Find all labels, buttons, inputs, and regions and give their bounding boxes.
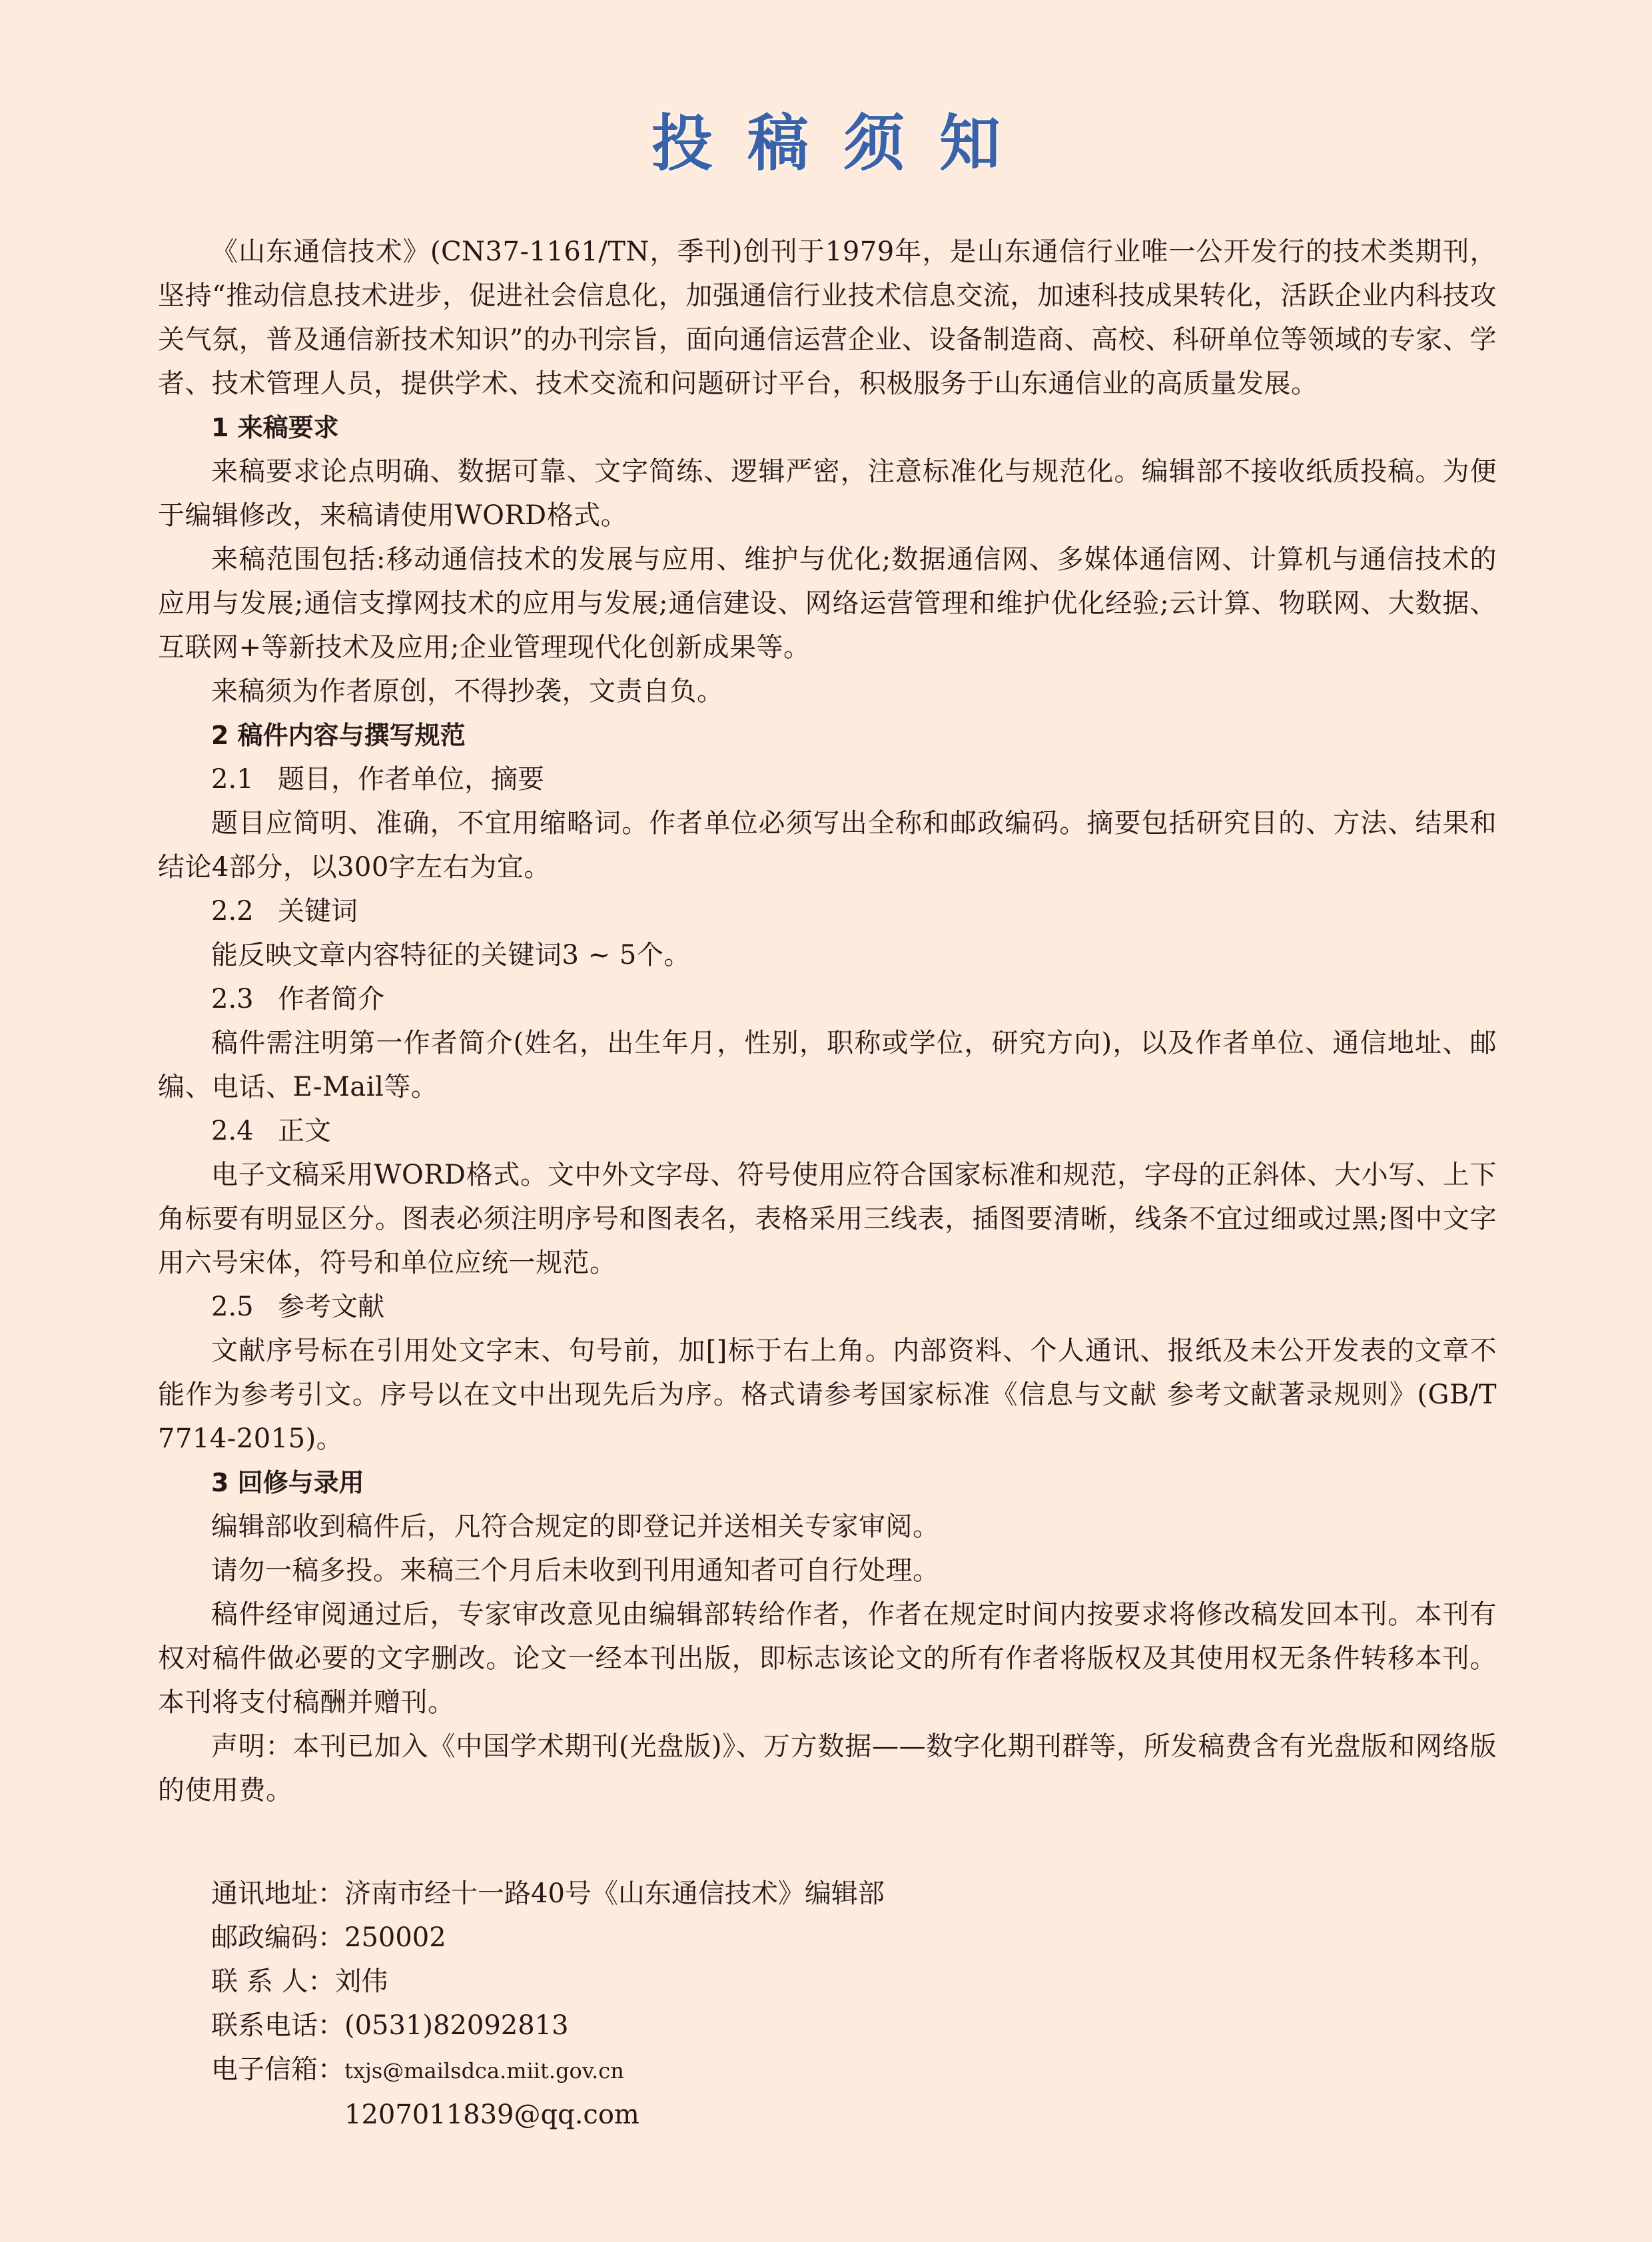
paragraph: 文献序号标在引用处文字末、句号前，加[]标于右上角。内部资料、个人通讯、报纸及未… <box>158 1329 1497 1461</box>
subsection-heading: 2.1题目，作者单位，摘要 <box>158 757 1497 801</box>
email-label: 电子信箱： <box>211 2048 344 2091</box>
subsection-heading: 2.2关键词 <box>158 889 1497 933</box>
phone-value: (0531)82092813 <box>344 2010 569 2041</box>
postcode-value: 250002 <box>344 1922 446 1953</box>
paragraph: 稿件需注明第一作者简介(姓名，出生年月，性别，职称或学位，研究方向)，以及作者单… <box>158 1021 1497 1109</box>
subsection-title: 题目，作者单位，摘要 <box>278 764 544 795</box>
subsection-number: 2.1 <box>211 757 278 801</box>
paragraph: 电子文稿采用WORD格式。文中外文字母、符号使用应符合国家标准和规范，字母的正斜… <box>158 1153 1497 1285</box>
paragraph: 请勿一稿多投。来稿三个月后未收到刊用通知者可自行处理。 <box>158 1549 1497 1593</box>
person-value: 刘伟 <box>334 1966 388 1997</box>
subsection-title: 关键词 <box>278 896 358 927</box>
contact-postcode: 邮政编码：250002 <box>211 1916 885 1960</box>
subsection-heading: 2.3作者简介 <box>158 977 1497 1021</box>
paragraph: 编辑部收到稿件后，凡符合规定的即登记并送相关专家审阅。 <box>158 1505 1497 1549</box>
subsection-heading: 2.4正文 <box>158 1109 1497 1153</box>
statement-paragraph: 声明：本刊已加入《中国学术期刊(光盘版)》、万方数据——数字化期刊群等，所发稿费… <box>158 1724 1497 1812</box>
subsection-number: 2.2 <box>211 889 278 933</box>
contact-block: 通讯地址：济南市经十一路40号《山东通信技术》编辑部 邮政编码：250002 联… <box>211 1872 885 2137</box>
subsection-heading: 2.5参考文献 <box>158 1285 1497 1329</box>
subsection-title: 正文 <box>278 1116 331 1146</box>
article-body: 《山东通信技术》(CN37-1161/TN，季刊)创刊于1979年，是山东通信行… <box>158 230 1497 1812</box>
paragraph: 来稿要求论点明确、数据可靠、文字简练、逻辑严密，注意标准化与规范化。编辑部不接收… <box>158 450 1497 538</box>
intro-paragraph: 《山东通信技术》(CN37-1161/TN，季刊)创刊于1979年，是山东通信行… <box>158 230 1497 406</box>
subsection-title: 作者简介 <box>278 984 384 1014</box>
paragraph: 题目应简明、准确，不宜用缩略词。作者单位必须写出全称和邮政编码。摘要包括研究目的… <box>158 801 1497 889</box>
page-title: 投稿须知 <box>0 107 1652 180</box>
paragraph: 来稿范围包括:移动通信技术的发展与应用、维护与优化;数据通信网、多媒体通信网、计… <box>158 538 1497 669</box>
subsection-number: 2.5 <box>211 1285 278 1329</box>
contact-phone: 联系电话：(0531)82092813 <box>211 2004 885 2048</box>
contact-email: 电子信箱：txjs@mailsdca.miit.gov.cn <box>211 2048 885 2093</box>
subsection-title: 参考文献 <box>278 1292 384 1322</box>
person-label: 联 系 人： <box>211 1960 334 2004</box>
section-heading-content-spec: 2 稿件内容与撰写规范 <box>158 713 1497 757</box>
address-value: 济南市经十一路40号《山东通信技术》编辑部 <box>344 1878 885 1909</box>
contact-person: 联 系 人：刘伟 <box>211 1960 885 2004</box>
section-heading-requirements: 1 来稿要求 <box>158 406 1497 450</box>
email-link-1[interactable]: txjs@mailsdca.miit.gov.cn <box>344 2058 624 2083</box>
paragraph: 稿件经审阅通过后，专家审改意见由编辑部转给作者，作者在规定时间内按要求将修改稿发… <box>158 1593 1497 1724</box>
phone-label: 联系电话： <box>211 2004 344 2048</box>
postcode-label: 邮政编码： <box>211 1916 344 1960</box>
contact-address: 通讯地址：济南市经十一路40号《山东通信技术》编辑部 <box>211 1872 885 1916</box>
subsection-number: 2.4 <box>211 1109 278 1153</box>
address-label: 通讯地址： <box>211 1872 344 1916</box>
email-link-2[interactable]: 1207011839@qq.com <box>344 2099 639 2130</box>
section-heading-revision: 3 回修与录用 <box>158 1461 1497 1505</box>
paragraph: 能反映文章内容特征的关键词3 ~ 5个。 <box>158 933 1497 977</box>
contact-email-2: 1207011839@qq.com <box>211 2093 885 2137</box>
subsection-number: 2.3 <box>211 977 278 1021</box>
paragraph: 来稿须为作者原创，不得抄袭，文责自负。 <box>158 669 1497 713</box>
